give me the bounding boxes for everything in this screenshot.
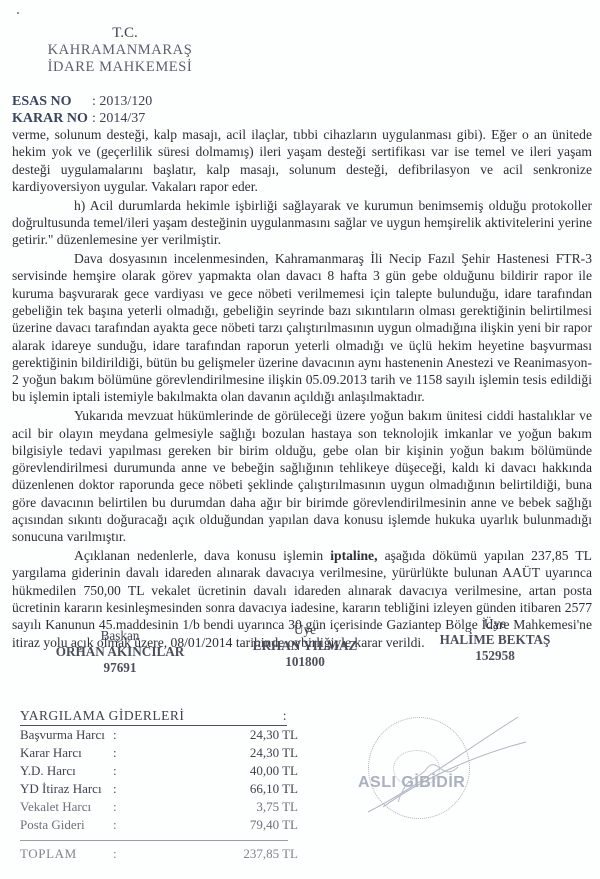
paragraph-2: h) Acil durumlarda hekimle işbirliği sağ… <box>12 197 592 249</box>
esas-row: ESAS NO : 2013/120 <box>12 93 152 110</box>
cost-row: Vekalet Harcı : 3,75 TL <box>20 798 320 816</box>
scan-mark <box>17 12 19 14</box>
costs-table: YARGILAMA GİDERLERİ : Başvurma Harcı : 2… <box>20 708 320 863</box>
country-label: T.C. <box>20 25 220 42</box>
karar-label: KARAR NO <box>12 110 92 127</box>
cost-amount: 3,75 TL <box>153 798 298 816</box>
signature-president: Başkan ORHAN AKINCILAR 97691 <box>40 628 200 676</box>
ruling-keyword: iptaline, <box>330 548 377 563</box>
cost-colon: : <box>113 762 153 780</box>
paragraph-3: Dava dosyasının incelenmesinden, Kahrama… <box>12 250 592 406</box>
court-header: T.C. KAHRAMANMARAŞ İDARE MAHKEMESİ <box>20 25 220 76</box>
cost-colon: : <box>113 798 153 816</box>
cost-label: Başvurma Harcı <box>20 726 113 744</box>
cost-colon: : <box>113 816 153 834</box>
paragraph-1: verme, solunum desteği, kalp masajı, aci… <box>12 126 592 195</box>
cost-row: Başvurma Harcı : 24,30 TL <box>20 726 320 744</box>
total-colon: : <box>113 845 153 863</box>
signature-name: HALİME BEKTAŞ <box>420 632 570 648</box>
signature-role: Üye <box>420 616 570 632</box>
cost-total-row: TOPLAM : 237,85 TL <box>20 845 320 863</box>
total-label: TOPLAM <box>20 845 113 863</box>
cost-label: Y.D. Harcı <box>20 762 113 780</box>
paragraph-5-intro: Açıklanan nedenlerle, dava konusu işlemi… <box>74 548 330 563</box>
esas-label: ESAS NO <box>12 93 92 110</box>
court-name-line2: İDARE MAHKEMESİ <box>20 59 220 76</box>
costs-title-colon: : <box>283 708 287 724</box>
esas-value: : 2013/120 <box>92 93 152 110</box>
signature-number: 101800 <box>240 654 370 670</box>
signature-scribble-icon <box>348 712 528 832</box>
signature-role: Başkan <box>40 628 200 644</box>
signature-member-1: Üye ERHAN YILMAZ 101800 <box>240 622 370 670</box>
case-meta: ESAS NO : 2013/120 KARAR NO : 2014/37 <box>12 93 152 127</box>
paragraph-4: Yukarıda mevzuat hükümlerinde de görülec… <box>12 407 592 545</box>
costs-title-row: YARGILAMA GİDERLERİ : <box>20 708 287 726</box>
cost-row: Y.D. Harcı : 40,00 TL <box>20 762 320 780</box>
cost-label: Karar Harcı <box>20 744 113 762</box>
cost-row: Posta Gideri : 79,40 TL <box>20 816 320 834</box>
cost-amount: 66,10 TL <box>153 780 298 798</box>
court-name-line1: KAHRAMANMARAŞ <box>20 42 220 59</box>
cost-row: Karar Harcı : 24,30 TL <box>20 744 320 762</box>
signature-role: Üye <box>240 622 370 638</box>
court-decision-page: T.C. KAHRAMANMARAŞ İDARE MAHKEMESİ ESAS … <box>0 0 600 879</box>
total-amount: 237,85 TL <box>153 845 298 863</box>
cost-amount: 40,00 TL <box>153 762 298 780</box>
signature-name: ORHAN AKINCILAR <box>40 644 200 660</box>
signature-member-2: Üye HALİME BEKTAŞ 152958 <box>420 616 570 664</box>
cost-amount: 79,40 TL <box>153 816 298 834</box>
cost-row: YD İtiraz Harcı : 66,10 TL <box>20 780 320 798</box>
cost-colon: : <box>113 780 153 798</box>
cost-colon: : <box>113 744 153 762</box>
cost-colon: : <box>113 726 153 744</box>
signature-number: 152958 <box>420 648 570 664</box>
costs-title: YARGILAMA GİDERLERİ <box>20 708 184 724</box>
cost-label: YD İtiraz Harcı <box>20 780 113 798</box>
cost-amount: 24,30 TL <box>153 744 298 762</box>
karar-row: KARAR NO : 2014/37 <box>12 110 152 127</box>
signature-number: 97691 <box>40 660 200 676</box>
cost-amount: 24,30 TL <box>153 726 298 744</box>
certified-copy-stamp: ASLI GİBİDİR <box>358 712 478 822</box>
karar-value: : 2014/37 <box>92 110 145 127</box>
total-divider <box>20 840 288 841</box>
cost-label: Posta Gideri <box>20 816 113 834</box>
signature-name: ERHAN YILMAZ <box>240 638 370 654</box>
decision-body: verme, solunum desteği, kalp masajı, aci… <box>12 126 592 651</box>
cost-label: Vekalet Harcı <box>20 798 113 816</box>
